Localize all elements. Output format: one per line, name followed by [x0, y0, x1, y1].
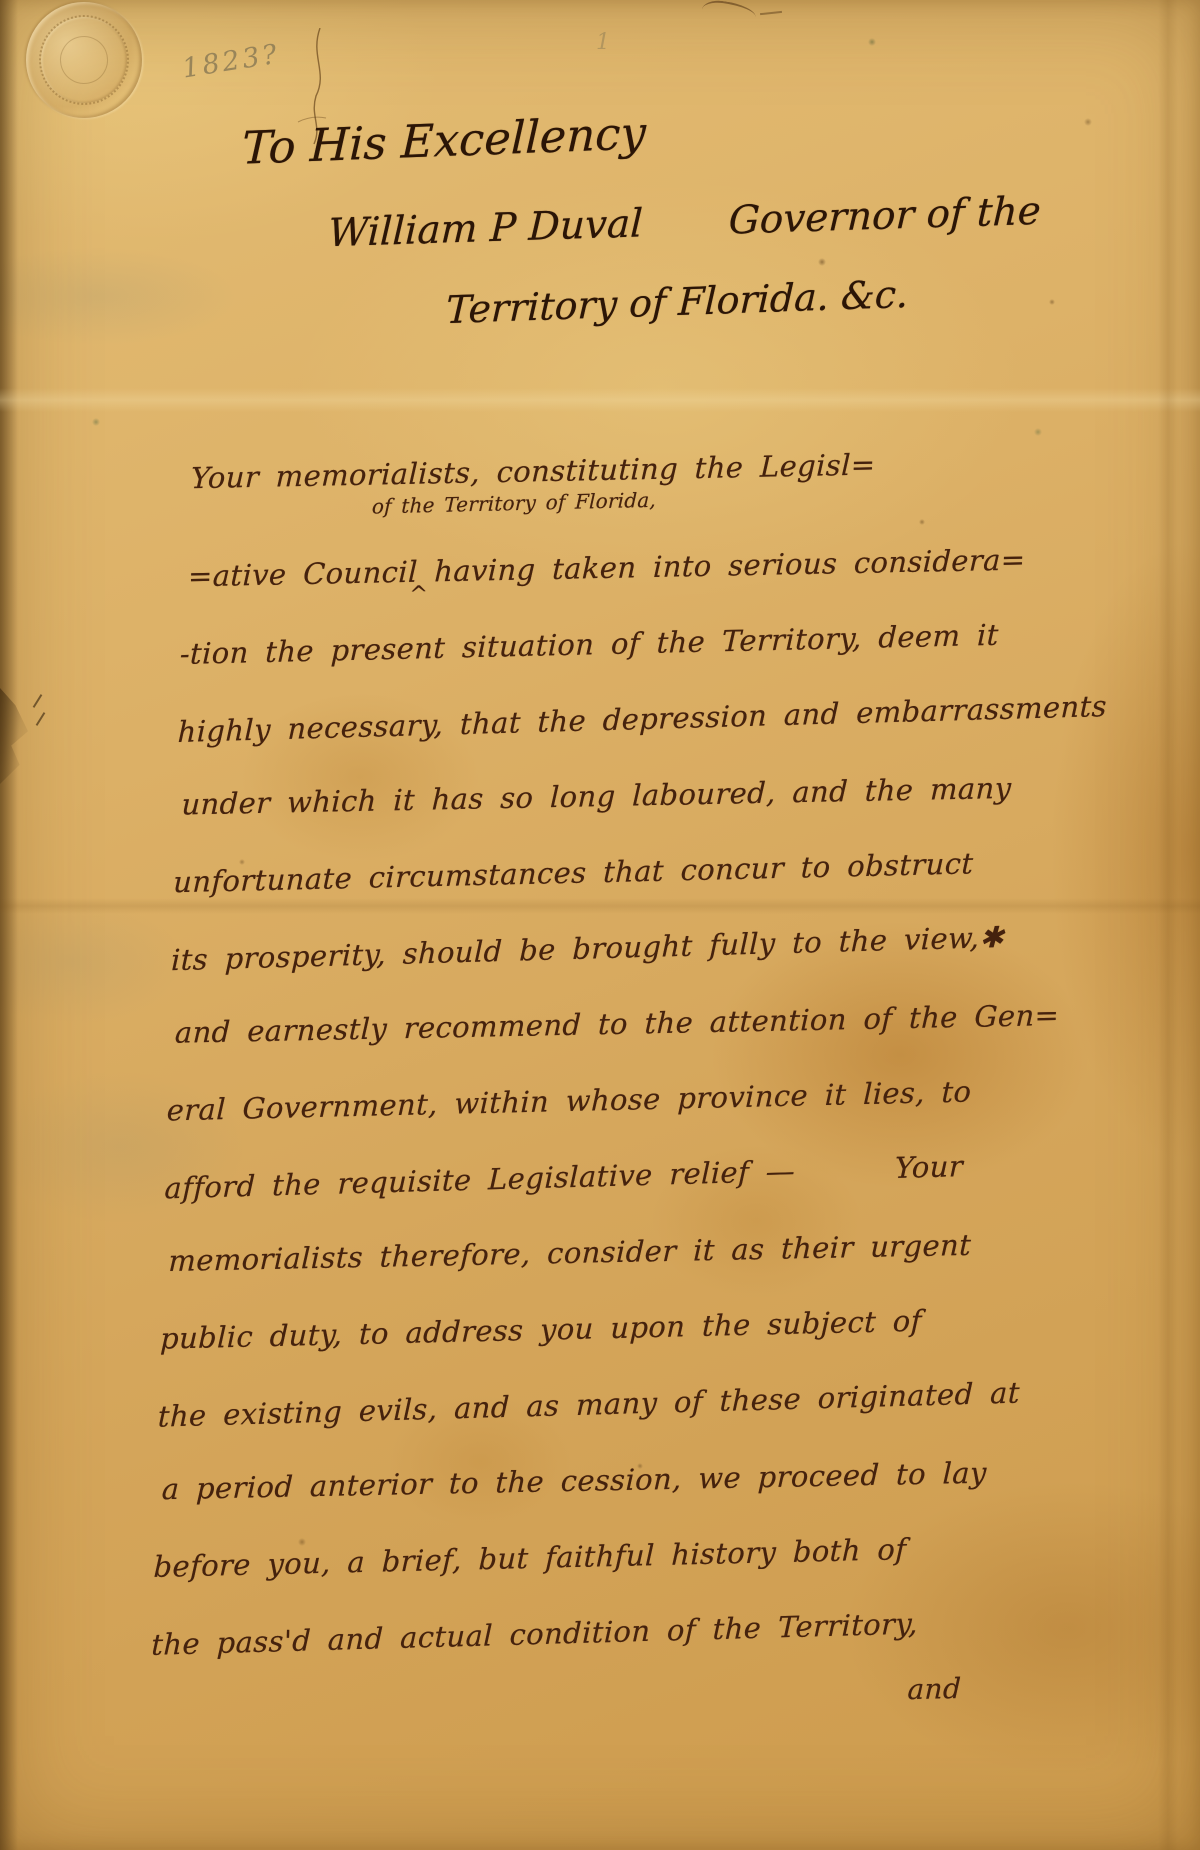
memorial-body: Your memorialists, constituting the Legi… — [141, 422, 1044, 1744]
vertical-fold-crease — [1158, 0, 1178, 1850]
interline-insertion: of the Territory of Florida, — [371, 483, 656, 524]
manuscript-page: 1823? 1 To His Excellency William P Duva… — [0, 0, 1200, 1850]
embossed-seal-icon — [15, 0, 153, 129]
faint-page-numeral: 1 — [596, 30, 610, 55]
horizontal-fold-crease — [0, 388, 1200, 412]
binding-stitch-mark — [33, 694, 43, 708]
stray-pen-squiggle — [701, 0, 757, 24]
recipient-jurisdiction: Territory of Florida. &c. — [445, 272, 909, 332]
name-title-gap — [642, 234, 728, 237]
recipient-title: Governor of the — [728, 189, 1042, 244]
stray-pen-dash — [760, 11, 782, 15]
recipient-line: William P DuvalGovernor of the — [327, 189, 1041, 256]
pencil-year-note: 1823? — [180, 39, 282, 85]
binding-stitch-mark — [36, 712, 46, 726]
recipient-name: William P Duval — [327, 201, 643, 256]
paper-left-edge-shadow — [0, 0, 18, 1850]
